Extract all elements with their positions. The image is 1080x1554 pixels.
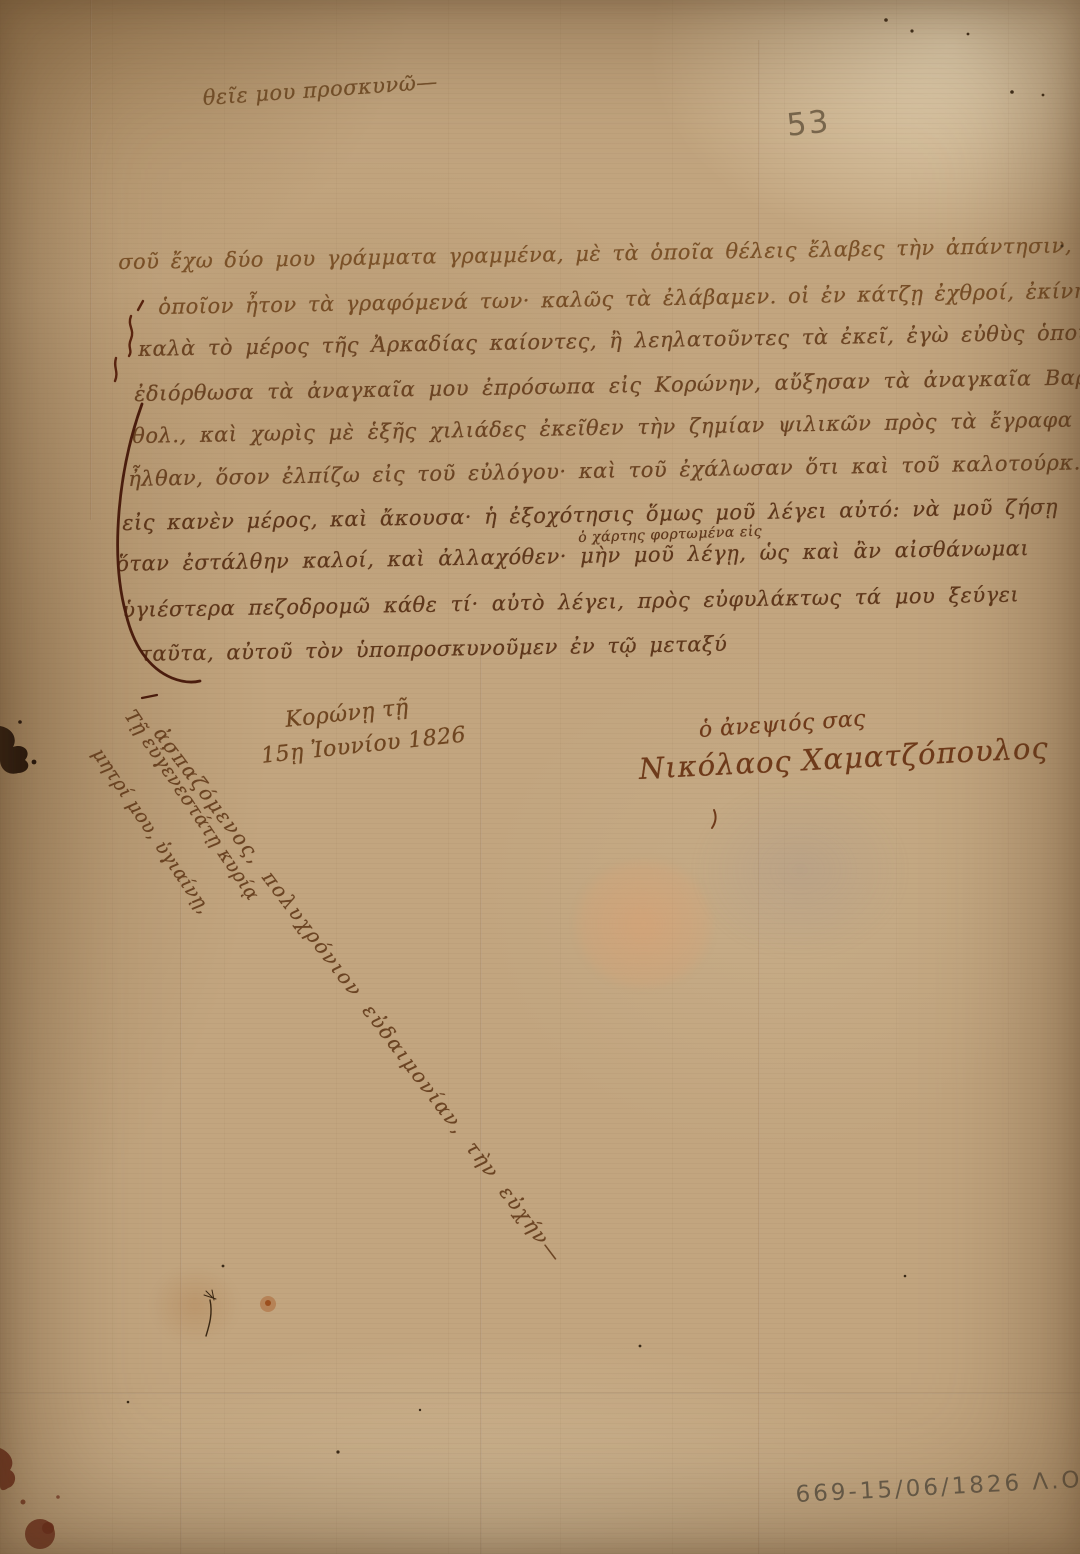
closing: ὁ ἀνεψιός σας [698,706,867,743]
page-number: 53 [785,103,832,143]
manuscript-letter-scan: θεῖε μου προσκυνῶ— 53 σοῦ ἔχω δύο μου γρ… [0,0,1080,1554]
gray-smudge [690,780,910,960]
fold-crease [90,0,92,520]
bottom-left-stains [0,1448,60,1549]
rust-spot [260,1296,276,1312]
margin-bracket-dash [142,695,157,698]
hairline-ink-stain [204,1290,216,1336]
fold-crease [758,40,760,1554]
fold-crease [480,640,482,1554]
paper-specks [127,18,1064,1453]
body-line: σοῦ ἔχω δύο μου γράμματα γραμμένα, μὲ τὰ… [118,232,1080,273]
dateline-place: Κορώνῃ τῇ [284,695,410,733]
brown-halo-stain [150,1265,240,1345]
signature-tick [712,810,716,828]
body-line: ὁποῖον ἦτον τὰ γραφόμενά των· καλῶς τὰ ἐ… [158,278,1080,319]
body-line: ἦλθαν, ὅσον ἐλπίζω εἰς τοῦ εὐλόγου· καὶ … [128,450,1080,491]
docket-line: ἀσπαζόμενος, πολυχρόνιον εὐδαιμονίαν, τὴ… [149,722,569,1268]
body-line: καλὰ τὸ μέρος τῆς Ἀρκαδίας καίοντες, ἢ λ… [138,320,1080,361]
ink-blot [0,720,36,774]
pink-stain [574,858,714,990]
body-line: ἐδιόρθωσα τὰ ἀναγκαῖα μου ἐπρόσωπα εἰς Κ… [134,365,1080,406]
fold-crease [0,1392,1080,1394]
body-line: ὑγιέστερα πεζοδρομῶ κάθε τί· αὐτὸ λέγει,… [122,582,1019,622]
body-line: ταῦτα, αὐτοῦ τὸν ὑποπροσκυνοῦμεν ἐν τῷ μ… [140,632,727,666]
salutation: θεῖε μου προσκυνῶ— [202,70,438,110]
catalog-code: 669-15/06/1826 Λ.Ο [795,1467,1080,1508]
body-line: θολ., καὶ χωρὶς μὲ ἑξῆς χιλιάδες ἐκεῖθεν… [132,408,1073,448]
body-line: ὅταν ἐστάλθην καλοί, καὶ ἀλλαχόθεν· μὴν … [116,536,1029,576]
fold-crease [180,880,182,1554]
